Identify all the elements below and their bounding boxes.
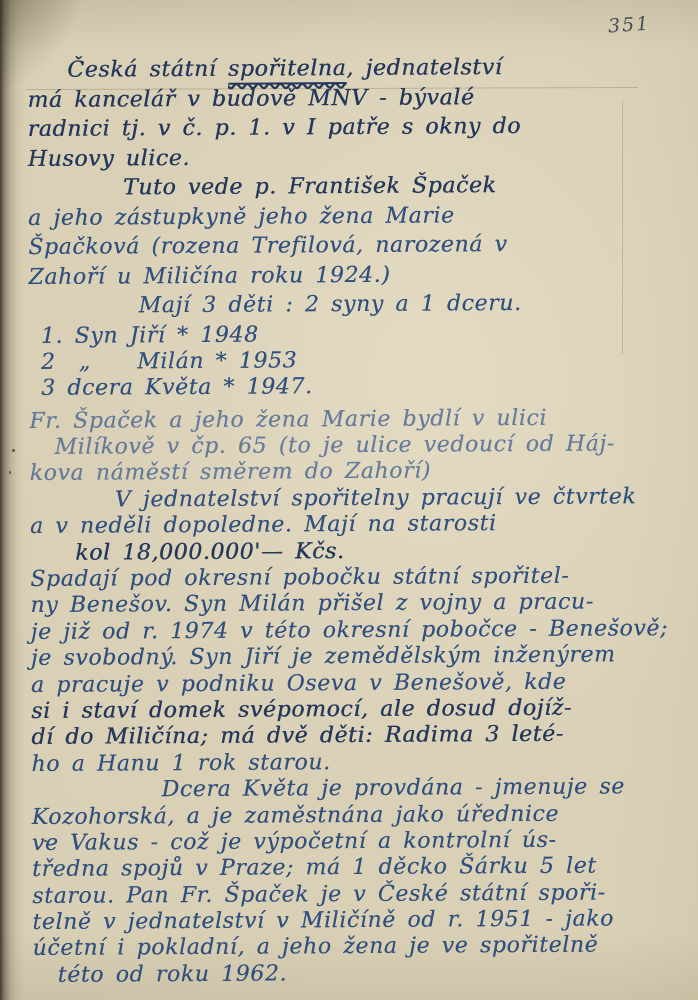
handwriting-line: a v neděli dopoledne. Mají na starosti — [30, 510, 678, 540]
ink-speck — [12, 449, 15, 452]
handwriting-line: V jednatelství spořitelny pracují ve čtv… — [30, 484, 678, 514]
handwriting-line: 2 „ Milán * 1953 — [29, 346, 677, 376]
handwriting-line: Česká státní spořitelna, jednatelství — [27, 54, 675, 87]
chronicle-scan-page: 351 Česká státní spořitelna, jednatelstv… — [0, 0, 698, 1000]
handwriting-line: telně v jednatelství v Miličíně od r. 19… — [32, 906, 680, 936]
handwriting-line: starou. Pan Fr. Špaček je v České státní… — [32, 880, 680, 910]
handwriting-line: Zahoří u Miličína roku 1924.) — [28, 261, 676, 294]
handwriting-line: 3 dcera Květa * 1947. — [29, 372, 677, 402]
text-segment: Česká státní — [67, 57, 228, 83]
handwriting-line: Špačková (rozena Trefilová, narozená v — [28, 231, 676, 264]
handwriting-line: má kancelář v budově MNV - bývalé — [27, 84, 675, 117]
handwriting-line: je svobodný. Syn Jiří je zemědělským inž… — [31, 642, 679, 672]
underlined-word: spořitelna — [228, 56, 347, 85]
handwriting-line: Fr. Špaček a jeho žena Marie bydlí v uli… — [29, 405, 677, 435]
handwritten-text: Česká státní spořitelna, jednatelství má… — [27, 54, 681, 989]
handwriting-line: a pracuje v podniku Oseva v Benešově, kd… — [31, 669, 679, 699]
page-number: 351 — [607, 13, 651, 38]
handwriting-line: dí do Miličína; má dvě děti: Radima 3 le… — [31, 721, 679, 751]
text-segment: , jednatelství — [346, 55, 502, 81]
handwriting-line: Kozohorská, a je zaměstnána jako úřednic… — [32, 801, 680, 831]
handwriting-line: účetní i pokladní, a jeho žena je ve spo… — [33, 932, 681, 962]
handwriting-line: kova náměstí směrem do Zahoří) — [30, 457, 678, 487]
handwriting-line: je již od r. 1974 v této okresní pobočce… — [31, 616, 679, 646]
ink-speck — [9, 471, 11, 474]
handwriting-line: Dcera Květa je provdána - jmenuje se — [32, 774, 680, 804]
handwriting-line: radnici tj. v č. p. 1. v I patře s okny … — [28, 113, 676, 146]
handwriting-line: Mají 3 děti : 2 syny a 1 dceru. — [29, 290, 677, 323]
handwriting-line: Milíkově v čp. 65 (to je ulice vedoucí o… — [29, 431, 677, 461]
binding-shadow — [0, 0, 26, 1000]
handwriting-line: 1. Syn Jiří * 1948 — [29, 320, 677, 350]
handwriting-line: Husovy ulice. — [28, 143, 676, 176]
handwriting-line: kol 18,000.000'— Kčs. — [30, 537, 678, 567]
handwriting-line: ho a Hanu 1 rok starou. — [31, 748, 679, 778]
handwriting-line: ny Benešov. Syn Milán přišel z vojny a p… — [30, 589, 678, 619]
handwriting-line: si i staví domek svépomocí, ale dosud do… — [31, 695, 679, 725]
handwriting-line: této od roku 1962. — [33, 959, 681, 989]
handwriting-line: tředna spojů v Praze; má 1 děcko Šárku 5… — [32, 853, 680, 883]
handwriting-line: a jeho zástupkyně jeho žena Marie — [28, 202, 676, 235]
handwriting-line: Tuto vede p. František Špaček — [28, 172, 676, 205]
handwriting-line: Spadají pod okresní pobočku státní spoři… — [30, 563, 678, 593]
